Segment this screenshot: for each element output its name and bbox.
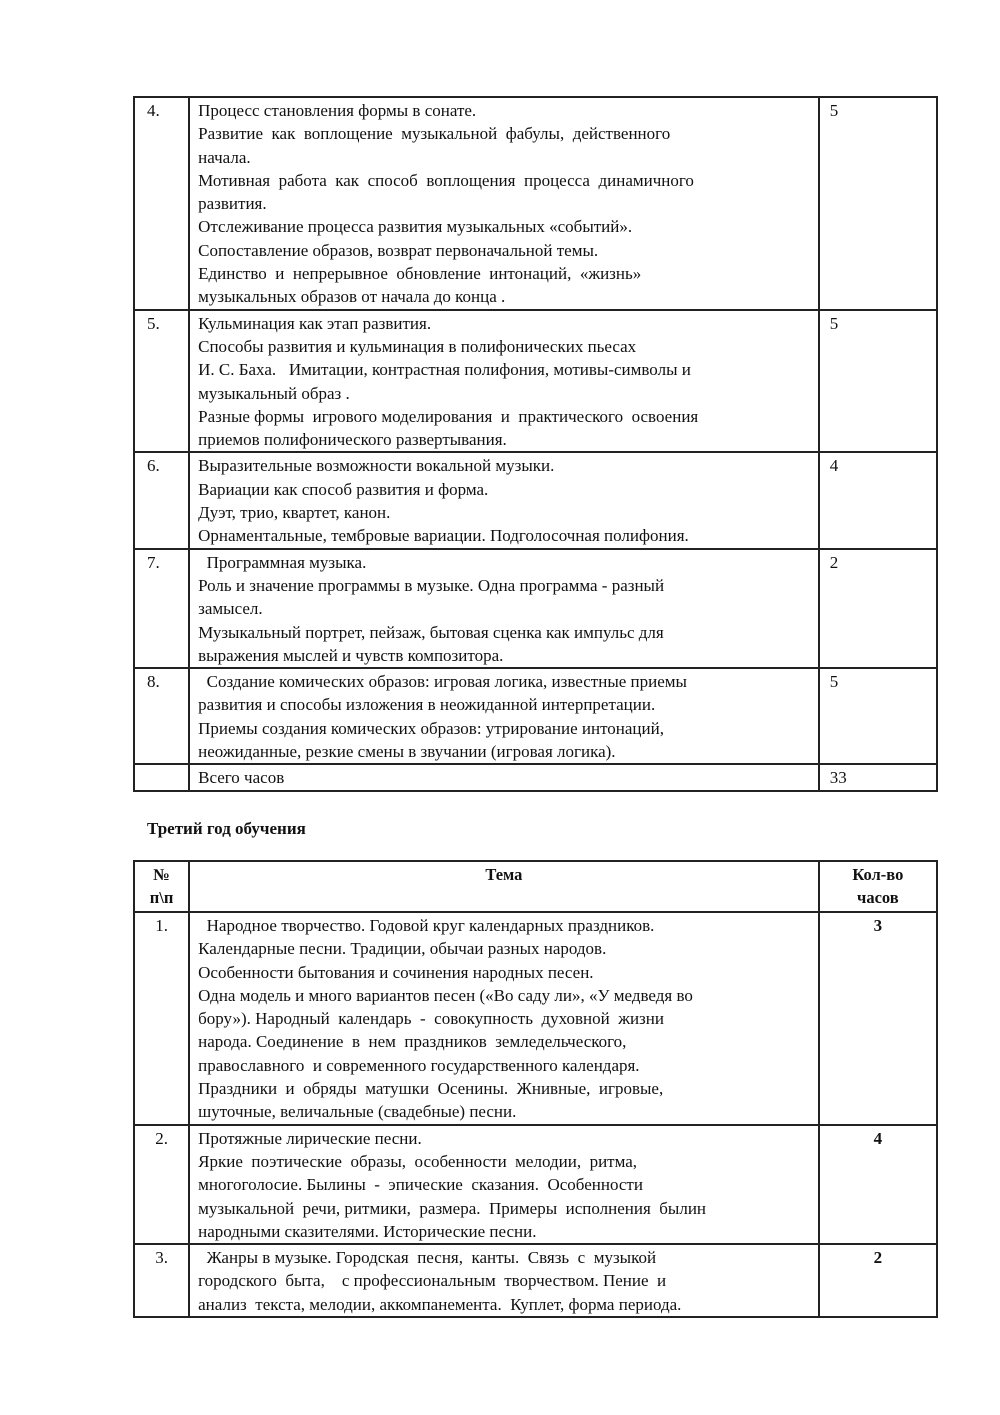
topic-line: начала. <box>198 146 808 169</box>
topic-line: И. С. Баха. Имитации, контрастная полифо… <box>198 358 808 381</box>
total-label: Всего часов <box>189 764 819 790</box>
topic-line: Праздники и обряды матушки Осенины. Жнив… <box>198 1077 808 1100</box>
row-hours: 5 <box>819 668 937 764</box>
topic-line: народа. Соединение в нем праздников земл… <box>198 1030 808 1053</box>
topic-line: Процесс становления формы в сонате. <box>198 99 808 122</box>
topic-line: развития и способы изложения в неожиданн… <box>198 693 808 716</box>
topic-line: Отслеживание процесса развития музыкальн… <box>198 215 808 238</box>
header-number: № п\п <box>134 861 189 912</box>
topic-line: Музыкальный портрет, пейзаж, бытовая сце… <box>198 621 808 644</box>
row-hours: 5 <box>819 97 937 310</box>
topic-line: Сопоставление образов, возврат первонача… <box>198 239 808 262</box>
row-topic: Народное творчество. Годовой круг календ… <box>189 912 819 1125</box>
curriculum-table-year2: 4.Процесс становления формы в сонате.Раз… <box>133 96 938 792</box>
topic-line: Программная музыка. <box>198 551 808 574</box>
topic-line: Орнаментальные, тембровые вариации. Подг… <box>198 524 808 547</box>
row-number: 5. <box>134 310 189 453</box>
topic-line: Мотивная работа как способ воплощения пр… <box>198 169 808 192</box>
row-topic: Создание комических образов: игровая лог… <box>189 668 819 764</box>
topic-line: Роль и значение программы в музыке. Одна… <box>198 574 808 597</box>
header-hours-line: часов <box>820 886 936 909</box>
row-number: 4. <box>134 97 189 310</box>
row-hours: 5 <box>819 310 937 453</box>
topic-line: Развитие как воплощение музыкальной фабу… <box>198 122 808 145</box>
topic-line: Вариации как способ развития и форма. <box>198 478 808 501</box>
topic-line: многоголосие. Былины - эпические сказани… <box>198 1173 808 1196</box>
row-topic: Протяжные лирические песни.Яркие поэтиче… <box>189 1125 819 1244</box>
topic-line: Способы развития и кульминация в полифон… <box>198 335 808 358</box>
row-hours: 4 <box>819 452 937 548</box>
table-row: 8. Создание комических образов: игровая … <box>134 668 937 764</box>
row-topic: Программная музыка.Роль и значение прогр… <box>189 549 819 668</box>
row-topic: Кульминация как этап развития.Способы ра… <box>189 310 819 453</box>
header-hours-line: Кол-во <box>820 863 936 886</box>
row-number: 3. <box>134 1244 189 1317</box>
table-row: 2.Протяжные лирические песни.Яркие поэти… <box>134 1125 937 1244</box>
topic-line: музыкальных образов от начала до конца . <box>198 285 808 308</box>
topic-line: Единство и непрерывное обновление интона… <box>198 262 808 285</box>
topic-line: Выразительные возможности вокальной музы… <box>198 454 808 477</box>
topic-line: выражения мыслей и чувств композитора. <box>198 644 808 667</box>
row-number: 2. <box>134 1125 189 1244</box>
topic-line: Разные формы игрового моделирования и пр… <box>198 405 808 428</box>
topic-line: анализ текста, мелодии, аккомпанемента. … <box>198 1293 808 1316</box>
table-row: 7. Программная музыка.Роль и значение пр… <box>134 549 937 668</box>
topic-line: Дуэт, трио, квартет, канон. <box>198 501 808 524</box>
topic-line: неожиданные, резкие смены в звучании (иг… <box>198 740 808 763</box>
topic-line: Одна модель и много вариантов песен («Во… <box>198 984 808 1007</box>
row-hours: 2 <box>819 1244 937 1317</box>
total-hours: 33 <box>819 764 937 790</box>
row-topic: Выразительные возможности вокальной музы… <box>189 452 819 548</box>
table-row: 6.Выразительные возможности вокальной му… <box>134 452 937 548</box>
table-row: 4.Процесс становления формы в сонате.Раз… <box>134 97 937 310</box>
row-topic: Жанры в музыке. Городская песня, канты. … <box>189 1244 819 1317</box>
topic-line: городского быта, с профессиональным твор… <box>198 1269 808 1292</box>
topic-line: Календарные песни. Традиции, обычаи разн… <box>198 937 808 960</box>
table-row: 3. Жанры в музыке. Городская песня, кант… <box>134 1244 937 1317</box>
header-number-line: № <box>135 863 188 886</box>
row-number: 1. <box>134 912 189 1125</box>
row-number: 7. <box>134 549 189 668</box>
total-empty-cell <box>134 764 189 790</box>
curriculum-table-year3: № п\п Тема Кол-во часов 1. Народное твор… <box>133 860 938 1318</box>
topic-line: музыкальный образ . <box>198 382 808 405</box>
topic-line: музыкальной речи, ритмики, размера. Прим… <box>198 1197 808 1220</box>
row-hours: 4 <box>819 1125 937 1244</box>
header-hours: Кол-во часов <box>819 861 937 912</box>
topic-line: Приемы создания комических образов: утри… <box>198 717 808 740</box>
topic-line: Особенности бытования и сочинения народн… <box>198 961 808 984</box>
row-hours: 2 <box>819 549 937 668</box>
topic-line: православного и современного государстве… <box>198 1054 808 1077</box>
header-topic: Тема <box>189 861 819 912</box>
topic-line: Создание комических образов: игровая лог… <box>198 670 808 693</box>
topic-line: развития. <box>198 192 808 215</box>
topic-line: Кульминация как этап развития. <box>198 312 808 335</box>
table-header-row: № п\п Тема Кол-во часов <box>134 861 937 912</box>
topic-line: народными сказителями. Исторические песн… <box>198 1220 808 1243</box>
header-number-line: п\п <box>135 886 188 909</box>
row-number: 6. <box>134 452 189 548</box>
topic-line: Жанры в музыке. Городская песня, канты. … <box>198 1246 808 1269</box>
row-hours: 3 <box>819 912 937 1125</box>
total-row: Всего часов33 <box>134 764 937 790</box>
topic-line: Протяжные лирические песни. <box>198 1127 808 1150</box>
topic-line: Яркие поэтические образы, особенности ме… <box>198 1150 808 1173</box>
table-row: 1. Народное творчество. Годовой круг кал… <box>134 912 937 1125</box>
row-topic: Процесс становления формы в сонате.Разви… <box>189 97 819 310</box>
table-row: 5.Кульминация как этап развития.Способы … <box>134 310 937 453</box>
topic-line: Народное творчество. Годовой круг календ… <box>198 914 808 937</box>
topic-line: бору»). Народный календарь - совокупност… <box>198 1007 808 1030</box>
topic-line: замысел. <box>198 597 808 620</box>
topic-line: шуточные, величальные (свадебные) песни. <box>198 1100 808 1123</box>
row-number: 8. <box>134 668 189 764</box>
section-title-third-year: Третий год обучения <box>147 819 306 839</box>
topic-line: приемов полифонического развертывания. <box>198 428 808 451</box>
